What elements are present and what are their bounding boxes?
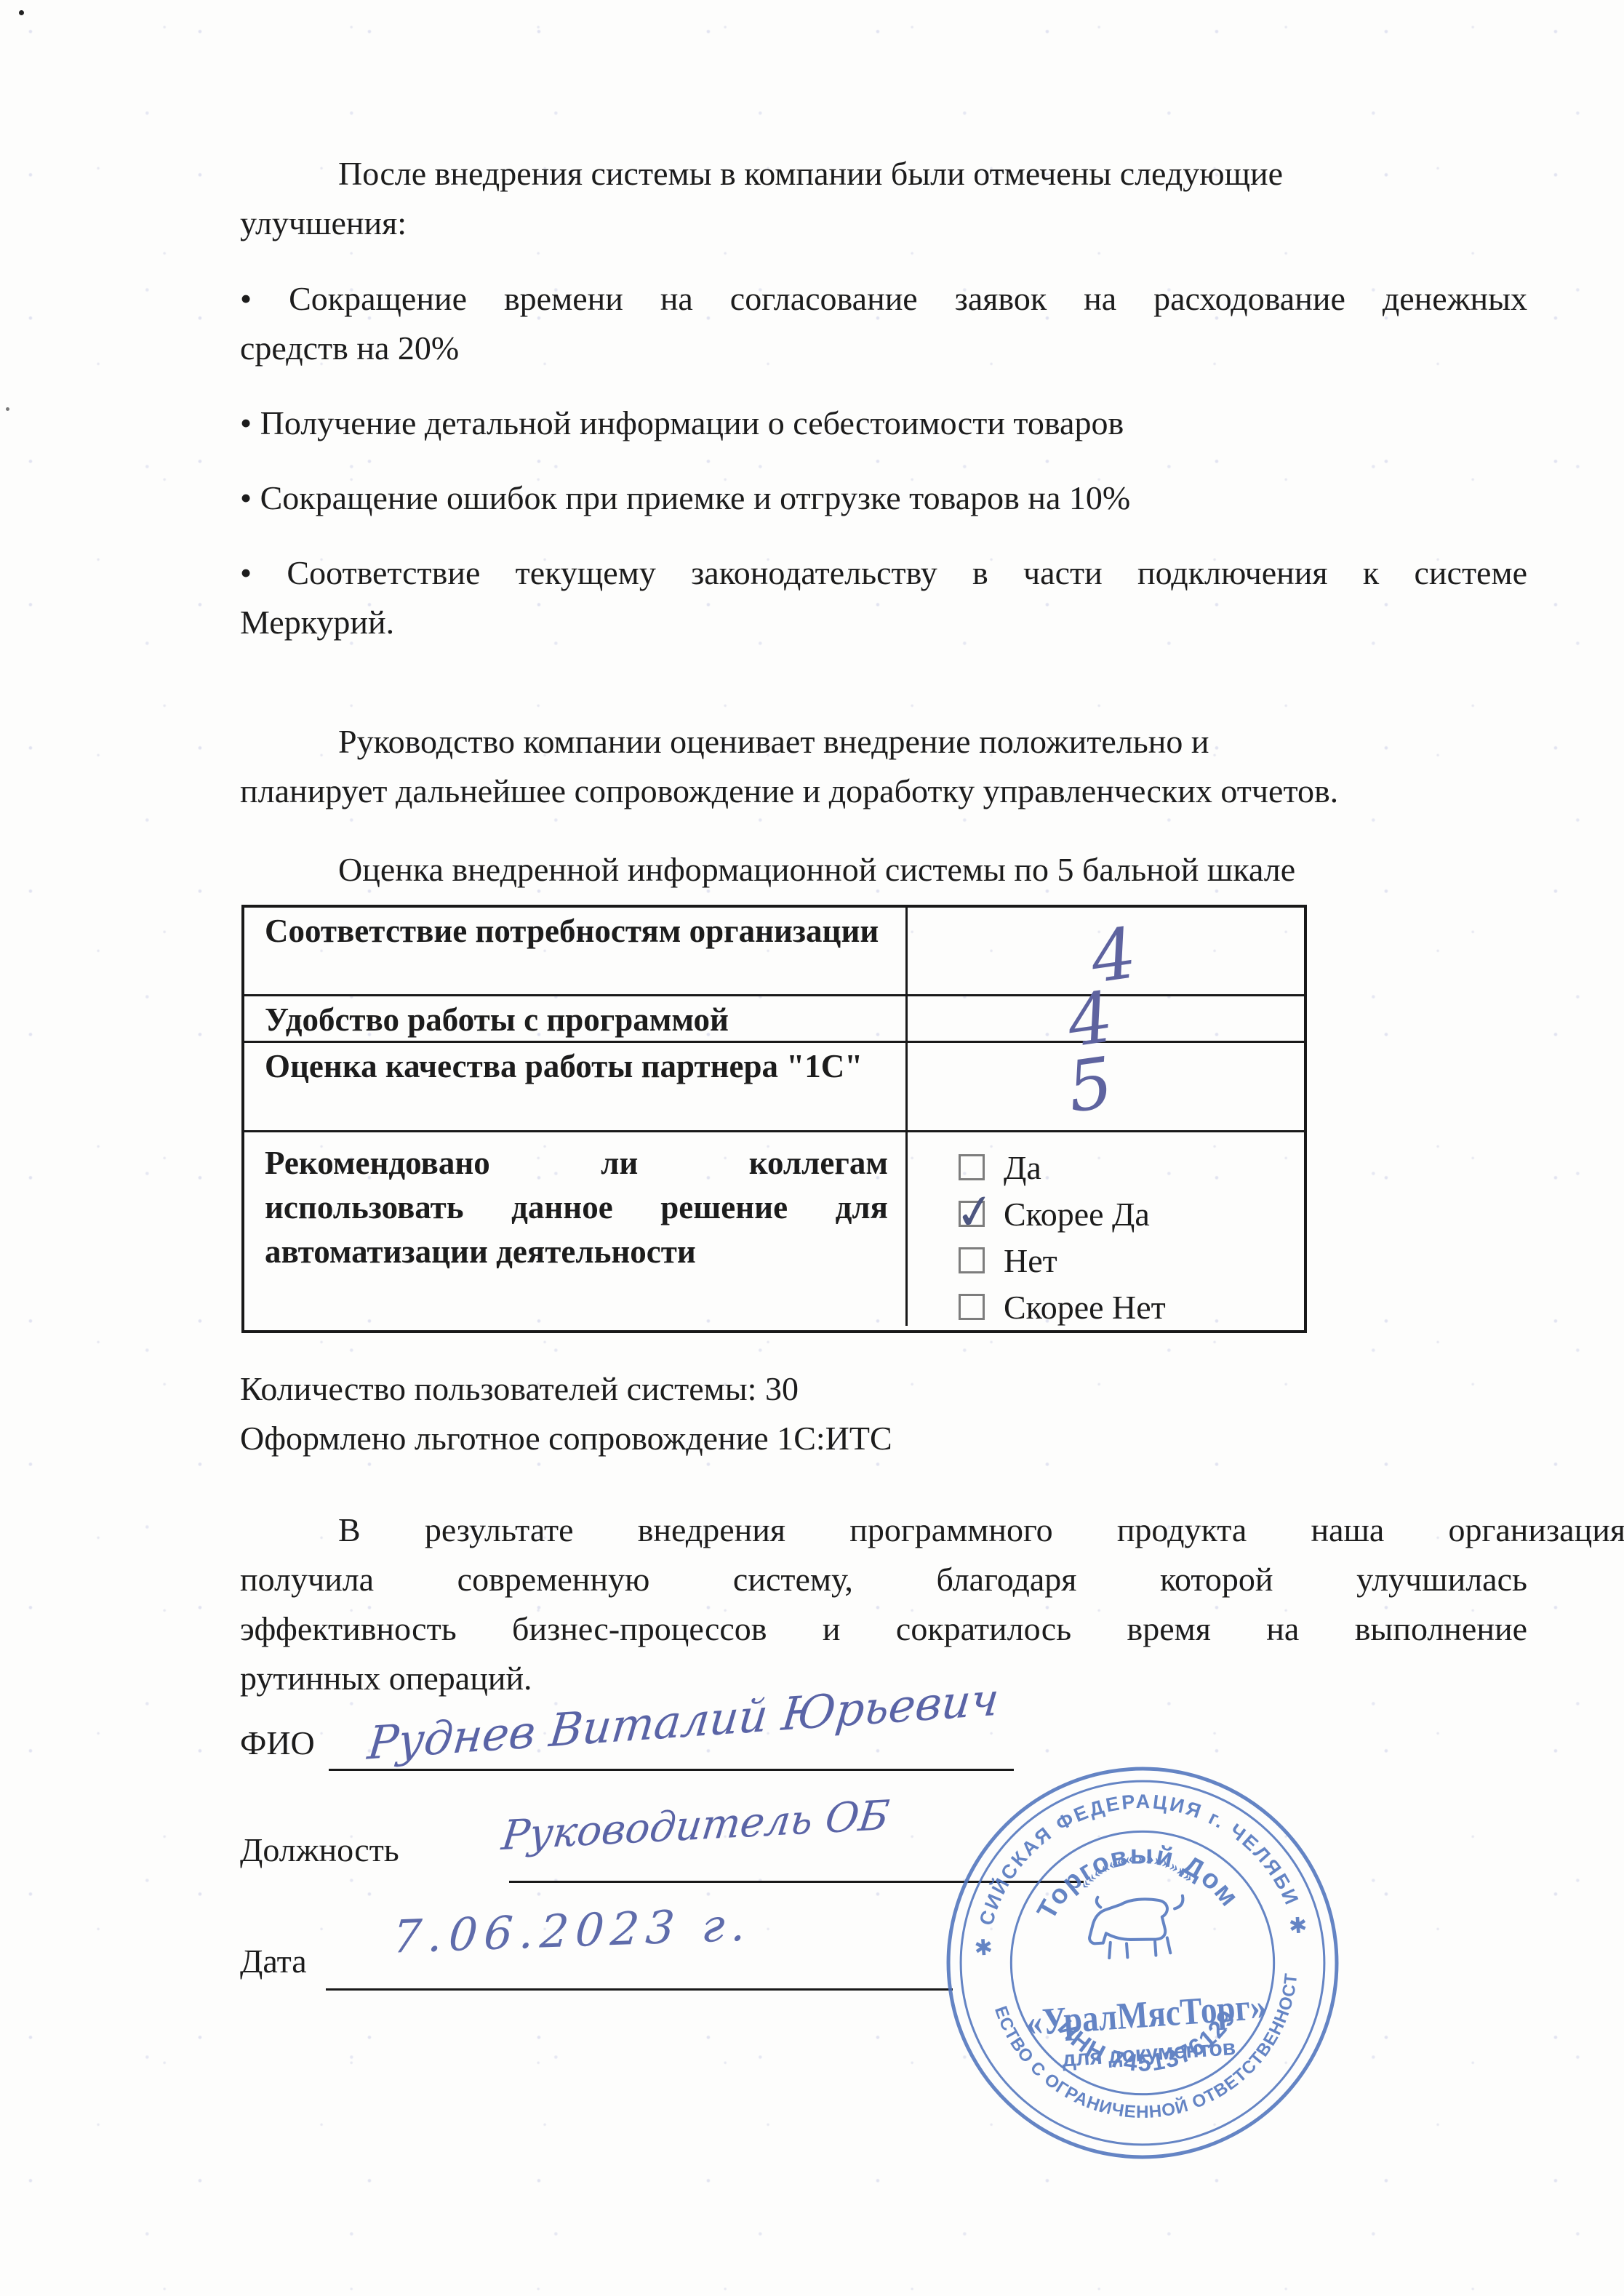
text-line: • Соответствие текущему законодательству… [240, 548, 1527, 598]
handwritten-rating: 4 [1063, 982, 1117, 1057]
scan-artifact [19, 10, 24, 15]
table-row: Рекомендовано ли коллегам использовать д… [244, 1130, 1304, 1330]
improvements-list: • Сокращение времени на согласование зая… [240, 274, 1527, 647]
position-value-handwritten: Руководитель ОБ [499, 1792, 892, 1860]
management-paragraph: Руководство компании оценивает внедрение… [240, 717, 1527, 816]
row-label: Удобство работы с программой [244, 996, 908, 1041]
scan-artifact [6, 407, 9, 411]
checkbox-option: ✓ Скорее Да [959, 1191, 1304, 1237]
text-line: • Сокращение времени на согласование зая… [240, 274, 1527, 324]
rating-table-title: Оценка внедренной информационной системы… [240, 845, 1295, 895]
row-label: Соответствие потребностям организации [244, 908, 908, 994]
svg-text:Торговый Дом: Торговый Дом [1026, 1831, 1247, 1926]
text-line: • Сокращение ошибок при приемке и отгруз… [240, 473, 1527, 523]
checkbox-option: ✓ Нет [959, 1237, 1304, 1284]
result-paragraph: В результате внедрения программного прод… [240, 1505, 1527, 1703]
checkbox-icon: ✓ [959, 1294, 985, 1320]
text-line: Руководство компании оценивает внедрение… [240, 717, 1527, 767]
fio-underline [329, 1769, 1014, 1771]
text-line: Меркурий. [240, 598, 1527, 647]
checkbox-option-label: Нет [1004, 1241, 1057, 1280]
text-line: эффективность бизнес-процессов и сократи… [240, 1604, 1527, 1654]
users-count-line: Количество пользователей системы: 30 [240, 1364, 892, 1414]
row-value-cell: ✓ Да ✓ Скорее Да ✓ Нет ✓ Скорее Нет [908, 1132, 1304, 1330]
stamp-separator-icon: ✱ [1288, 1913, 1308, 1939]
date-underline [326, 1988, 953, 1991]
checkbox-option-label: Да [1004, 1148, 1041, 1187]
stats-block: Количество пользователей системы: 30 Офо… [240, 1364, 892, 1463]
checkbox-option: ✓ Да [959, 1144, 1304, 1191]
date-label: Дата [240, 1943, 307, 1980]
bullet-item: • Получение детальной информации о себес… [240, 399, 1527, 448]
checkbox-icon: ✓ [959, 1154, 985, 1180]
recommendation-options: ✓ Да ✓ Скорее Да ✓ Нет ✓ Скорее Нет [908, 1132, 1304, 1330]
fio-label: ФИО [240, 1725, 315, 1761]
text-line: В результате внедрения программного прод… [240, 1505, 1624, 1555]
bull-icon [1087, 1892, 1187, 1960]
text-line: улучшения: [240, 199, 1527, 248]
stamp-outer-ring-inner [948, 1769, 1336, 2156]
text-line: планирует дальнейшее сопровождение и дор… [240, 767, 1527, 816]
rating-table: Соответствие потребностям организации 4 … [241, 905, 1307, 1333]
checkbox-option: ✓ Скорее Нет [959, 1284, 1304, 1330]
bullet-item: • Сокращение времени на согласование зая… [240, 274, 1527, 373]
checkbox-option-label: Скорее Нет [1004, 1288, 1166, 1327]
company-stamp: РОССИЙСКАЯ ФЕДЕРАЦИЯ г. ЧЕЛЯБИНСК ОБЩЕСТ… [924, 1745, 1361, 2181]
date-value-handwritten: 7.06.2023 г. [391, 1897, 754, 1963]
checkbox-icon: ✓ [959, 1201, 985, 1227]
stamp-separator-icon: ✱ [973, 1935, 993, 1961]
text-line: средств на 20% [240, 324, 1527, 373]
text-line: • Получение детальной информации о себес… [240, 399, 1527, 448]
row-label: Рекомендовано ли коллегам использовать д… [244, 1132, 908, 1326]
check-mark-icon: ✓ [951, 1182, 999, 1243]
bullet-item: • Соответствие текущему законодательству… [240, 548, 1527, 647]
scanned-document-page: После внедрения системы в компании были … [0, 0, 1624, 2296]
checkbox-option-label: Скорее Да [1004, 1195, 1150, 1233]
bullet-item: • Сокращение ошибок при приемке и отгруз… [240, 473, 1527, 523]
row-value-cell: 4 [908, 996, 1304, 1041]
intro-paragraph: После внедрения системы в компании были … [240, 149, 1527, 248]
table-row: Оценка качества работы партнера "1С" 5 [244, 1041, 1304, 1130]
row-label: Оценка качества работы партнера "1С" [244, 1043, 908, 1130]
stamp-inner-top-text: Торговый Дом [1026, 1831, 1247, 1926]
checkbox-icon: ✓ [959, 1247, 985, 1273]
table-row: Соответствие потребностям организации 4 [244, 908, 1304, 994]
text-line: После внедрения системы в компании были … [240, 149, 1527, 199]
support-line: Оформлено льготное сопровождение 1С:ИТС [240, 1414, 892, 1463]
position-label: Должность [240, 1832, 399, 1868]
text-line: получила современную систему, благодаря … [240, 1555, 1527, 1604]
table-row: Удобство работы с программой 4 [244, 994, 1304, 1041]
